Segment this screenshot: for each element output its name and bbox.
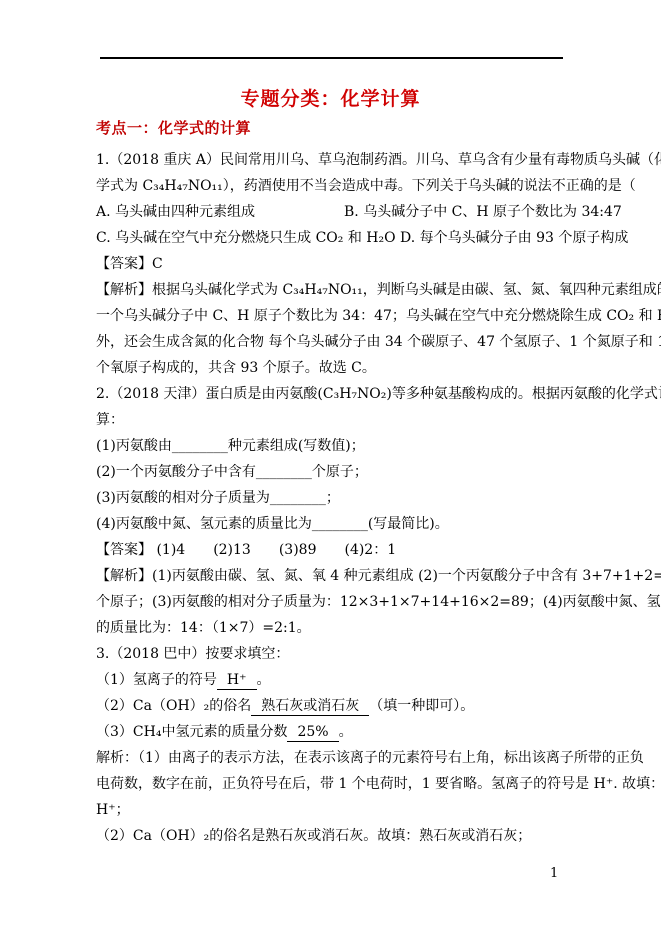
- page-title: 专题分类：化学计算: [0, 84, 661, 111]
- q3-analysis-line4: （2）Ca（OH）₂的俗名是熟石灰或消石灰。故填：熟石灰或消石灰；: [96, 823, 567, 849]
- q3-item-1: （1）氢离子的符号H⁺。: [96, 667, 567, 693]
- q3-item-3-answer: 25%: [287, 724, 338, 742]
- q2-blank-3: (3)丙氨酸的相对分子质量为________；: [96, 485, 567, 511]
- q3-item-3-text: （3）CH₄中氢元素的质量分数: [96, 724, 287, 740]
- q1-options-cd: C. 乌头碱在空气中充分燃烧只生成 CO₂ 和 H₂O D. 每个乌头碱分子由 …: [96, 225, 567, 251]
- q2-blank-2: (2)一个丙氨酸分子中含有________个原子；: [96, 459, 567, 485]
- q3-item-1-tail: 。: [257, 672, 271, 688]
- q1-option-b: B. 乌头碱分子中 C、H 原子个数比为 34:47: [344, 204, 622, 220]
- page-number: 1: [550, 866, 558, 881]
- q2-stem-line1: 2.（2018 天津）蛋白质是由丙氨酸(C₃H₇NO₂)等多种氨基酸构成的。根据…: [96, 381, 567, 407]
- document-body: 1.（2018 重庆 A）民间常用川乌、草乌泡制药酒。川乌、草乌含有少量有毒物质…: [96, 147, 567, 849]
- q2-analysis-line2: 个原子；(3)丙氨酸的相对分子质量为：12×3+1×7+14+16×2=89；(…: [96, 589, 567, 615]
- q3-item-2-tail: （填一种即可）。: [369, 698, 474, 714]
- q1-options-ab: A. 乌头碱由四种元素组成B. 乌头碱分子中 C、H 原子个数比为 34:47: [96, 199, 567, 225]
- q1-answer: 【答案】C: [96, 251, 567, 277]
- q3-analysis-line1: 解析：（1）由离子的表示方法，在表示该离子的元素符号右上角，标出该离子所带的正负: [96, 745, 567, 771]
- q3-stem: 3.（2018 巴中）按要求填空：: [96, 641, 567, 667]
- q2-analysis-line1: 【解析】(1)丙氨酸由碳、氢、氮、氧 4 种元素组成 (2)一个丙氨酸分子中含有…: [96, 563, 567, 589]
- q3-analysis-line2: 电荷数，数字在前，正负符号在后，带 1 个电荷时，1 要省略。氢离子的符号是 H…: [96, 771, 567, 797]
- q1-stem-line1: 1.（2018 重庆 A）民间常用川乌、草乌泡制药酒。川乌、草乌含有少量有毒物质…: [96, 147, 567, 173]
- q2-stem-line2: 算：: [96, 407, 567, 433]
- q3-item-2-text: （2）Ca（OH）₂的俗名: [96, 698, 251, 714]
- q3-item-1-answer: H⁺: [217, 672, 257, 690]
- q2-analysis-line3: 的质量比为：14：（1×7）=2:1。: [96, 615, 567, 641]
- header-rule: [100, 57, 563, 59]
- q1-analysis-line2: 一个乌头碱分子中 C、H 原子个数比为 34：47；乌头碱在空气中充分燃烧除生成…: [96, 303, 567, 329]
- q1-analysis-line3: 外，还会生成含氮的化合物 每个乌头碱分子由 34 个碳原子、47 个氢原子、1 …: [96, 329, 567, 355]
- q3-item-2: （2）Ca（OH）₂的俗名熟石灰或消石灰（填一种即可）。: [96, 693, 567, 719]
- q1-analysis-line1: 【解析】根据乌头碱化学式为 C₃₄H₄₇NO₁₁，判断乌头碱是由碳、氢、氮、氧四…: [96, 277, 567, 303]
- q3-item-3-tail: 。: [339, 724, 353, 740]
- q3-item-2-answer: 熟石灰或消石灰: [251, 698, 369, 716]
- q1-stem-line2: 学式为 C₃₄H₄₇NO₁₁），药酒使用不当会造成中毒。下列关于乌头碱的说法不正…: [96, 173, 567, 199]
- section-heading: 考点一：化学式的计算: [96, 117, 251, 138]
- q2-blank-1: (1)丙氨酸由________种元素组成(写数值)；: [96, 433, 567, 459]
- q2-blank-4: (4)丙氨酸中氮、氢元素的质量比为________(写最简比)。: [96, 511, 567, 537]
- q3-item-1-text: （1）氢离子的符号: [96, 672, 217, 688]
- q3-analysis-line3: H⁺；: [96, 797, 567, 823]
- q3-item-3: （3）CH₄中氢元素的质量分数25%。: [96, 719, 567, 745]
- q2-answer: 【答案】 (1)4 (2)13 (3)89 (4)2：1: [96, 537, 567, 563]
- q1-analysis-line4: 个氧原子构成的，共含 93 个原子。故选 C。: [96, 355, 567, 381]
- document-page: 专题分类：化学计算 考点一：化学式的计算 1.（2018 重庆 A）民间常用川乌…: [0, 0, 661, 935]
- q1-option-a: A. 乌头碱由四种元素组成: [96, 199, 344, 225]
